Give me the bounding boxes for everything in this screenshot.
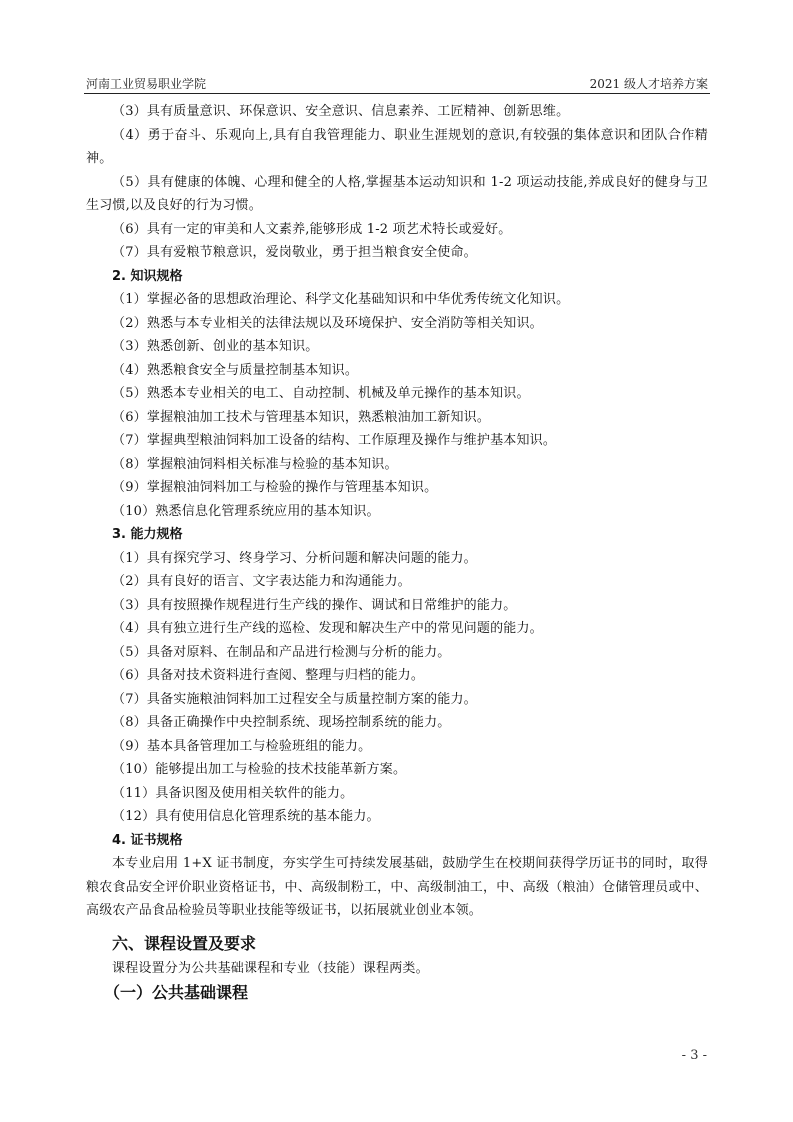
ability-item: （4）具有独立进行生产线的巡检、发现和解决生产中的常见问题的能力。 [86, 617, 708, 641]
certificate-heading: 4. 证书规格 [86, 829, 708, 853]
knowledge-item: （10）熟悉信息化管理系统应用的基本知识。 [86, 500, 708, 524]
knowledge-item: （5）熟悉本专业相关的电工、自动控制、机械及单元操作的基本知识。 [86, 382, 708, 406]
ability-item: （7）具备实施粮油饲料加工过程安全与质量控制方案的能力。 [86, 688, 708, 712]
ability-item: （5）具备对原料、在制品和产品进行检测与分析的能力。 [86, 641, 708, 665]
header-divider [84, 93, 710, 94]
header-institution: 河南工业贸易职业学院 [86, 76, 206, 92]
quality-item: （5）具有健康的体魄、心理和健全的人格,掌握基本运动知识和 1-2 项运动技能,… [86, 171, 708, 218]
section-6-heading: 六、课程设置及要求 [86, 931, 708, 957]
section-6-intro: 课程设置分为公共基础课程和专业（技能）课程两类。 [86, 957, 708, 981]
knowledge-item: （7）掌握典型粮油饲料加工设备的结构、工作原理及操作与维护基本知识。 [86, 429, 708, 453]
ability-heading: 3. 能力规格 [86, 523, 708, 547]
knowledge-item: （2）熟悉与本专业相关的法律法规以及环境保护、安全消防等相关知识。 [86, 312, 708, 336]
ability-item: （10）能够提出加工与检验的技术技能革新方案。 [86, 758, 708, 782]
knowledge-item: （9）掌握粮油饲料加工与检验的操作与管理基本知识。 [86, 476, 708, 500]
page-body: （3）具有质量意识、环保意识、安全意识、信息素养、工匠精神、创新思维。 （4）勇… [86, 100, 708, 1006]
knowledge-item: （8）掌握粮油饲料相关标准与检验的基本知识。 [86, 453, 708, 477]
certificate-text: 本专业启用 1+X 证书制度，夯实学生可持续发展基础，鼓励学生在校期间获得学历证… [86, 852, 708, 923]
ability-item: （9）基本具备管理加工与检验班组的能力。 [86, 735, 708, 759]
ability-item: （6）具备对技术资料进行查阅、整理与归档的能力。 [86, 664, 708, 688]
knowledge-item: （4）熟悉粮食安全与质量控制基本知识。 [86, 359, 708, 383]
knowledge-item: （6）掌握粮油加工技术与管理基本知识，熟悉粮油加工新知识。 [86, 406, 708, 430]
page-number: - 3 - [682, 1048, 707, 1063]
ability-item: （1）具有探究学习、终身学习、分析问题和解决问题的能力。 [86, 547, 708, 571]
ability-item: （3）具有按照操作规程进行生产线的操作、调试和日常维护的能力。 [86, 594, 708, 618]
quality-item: （4）勇于奋斗、乐观向上,具有自我管理能力、职业生涯规划的意识,有较强的集体意识… [86, 124, 708, 171]
ability-item: （12）具有使用信息化管理系统的基本能力。 [86, 805, 708, 829]
quality-item: （6）具有一定的审美和人文素养,能够形成 1-2 项艺术特长或爱好。 [86, 218, 708, 242]
subsection-public-basic-courses: （一）公共基础课程 [86, 980, 708, 1006]
ability-item: （2）具有良好的语言、文字表达能力和沟通能力。 [86, 570, 708, 594]
header-doc-title: 2021 级人才培养方案 [590, 76, 708, 92]
ability-item: （8）具备正确操作中央控制系统、现场控制系统的能力。 [86, 711, 708, 735]
knowledge-item: （3）熟悉创新、创业的基本知识。 [86, 335, 708, 359]
ability-item: （11）具备识图及使用相关软件的能力。 [86, 782, 708, 806]
quality-item: （3）具有质量意识、环保意识、安全意识、信息素养、工匠精神、创新思维。 [86, 100, 708, 124]
knowledge-item: （1）掌握必备的思想政治理论、科学文化基础知识和中华优秀传统文化知识。 [86, 288, 708, 312]
quality-item: （7）具有爱粮节粮意识，爱岗敬业，勇于担当粮食安全使命。 [86, 241, 708, 265]
knowledge-heading: 2. 知识规格 [86, 265, 708, 289]
page-header: 河南工业贸易职业学院 2021 级人才培养方案 [86, 76, 708, 94]
